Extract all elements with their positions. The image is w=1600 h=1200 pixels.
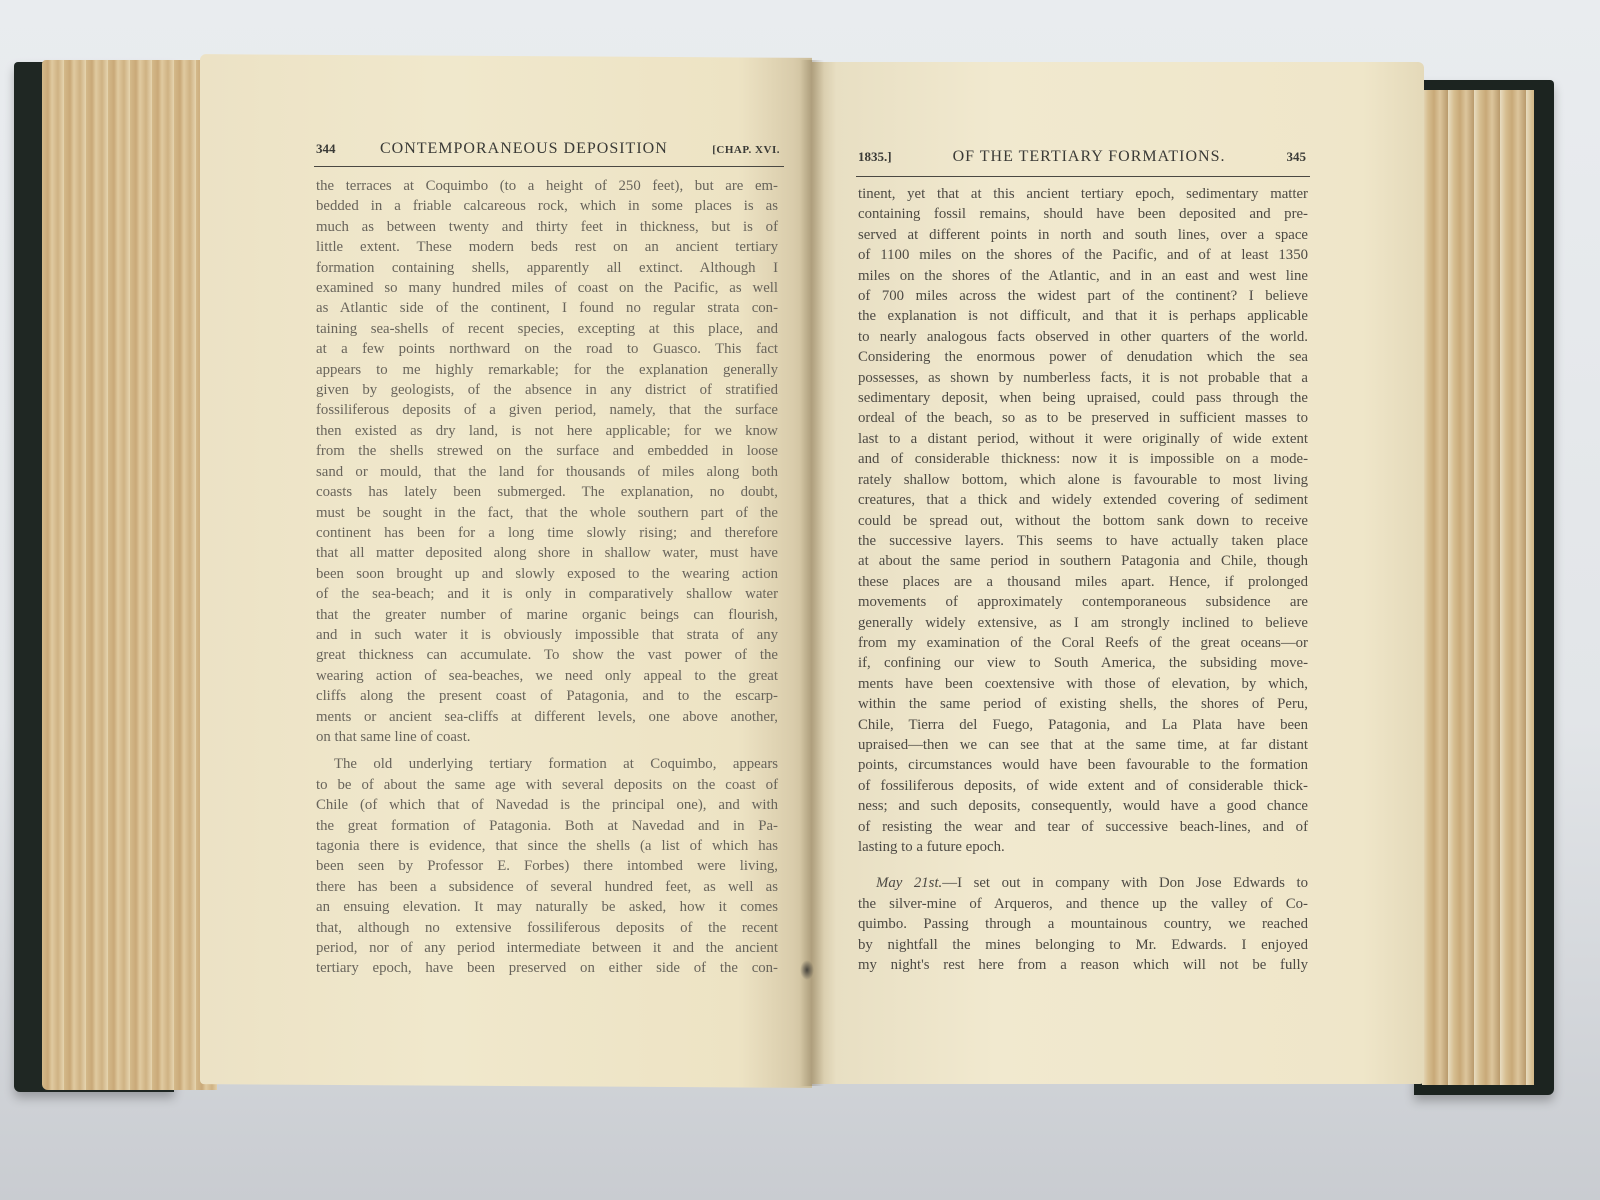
running-title-right: OF THE TERTIARY FORMATIONS.	[953, 148, 1226, 166]
text-line: tertiary epoch, have been preserved on e…	[316, 958, 778, 978]
text-line: little extent. These modern beds rest on…	[316, 237, 778, 257]
text-line: of the sea-beach; and it is only in comp…	[316, 584, 778, 604]
text-line: Chile, Tierra del Fuego, Patagonia, and …	[858, 715, 1308, 735]
text-line: points, circumstances would have been fa…	[858, 755, 1308, 775]
text-line: of resisting the wear and tear of succes…	[858, 817, 1308, 837]
text-line: great thickness can accumulate. To show …	[316, 645, 778, 665]
text-line: Chile (of which that of Navedad is the p…	[316, 795, 778, 815]
text-line: period, nor of any period intermediate b…	[316, 938, 778, 958]
text-line: from the shells strewed on the surface a…	[316, 441, 778, 461]
text-line: my night's rest here from a reason which…	[858, 955, 1308, 975]
text-line: bedded in a friable calcareous rock, whi…	[316, 196, 778, 216]
text-line: given by geologists, of the absence in a…	[316, 380, 778, 400]
text-line: the great formation of Patagonia. Both a…	[316, 816, 778, 836]
text-line: that, although no extensive fossiliferou…	[316, 918, 778, 938]
text-line: that all matter deposited along shore in…	[316, 543, 778, 563]
text-line: and in such water it is obviously imposs…	[316, 625, 778, 645]
text-line: last to a distant period, without it wer…	[858, 429, 1308, 449]
text-line: then existed as dry land, is not here ap…	[316, 421, 778, 441]
text-line: the successive layers. This seems to hav…	[858, 531, 1308, 551]
text-line: served at different points in north and …	[858, 225, 1308, 245]
text-line: possesses, as shown by numberless facts,…	[858, 368, 1308, 388]
text-line: the terraces at Coquimbo (to a height of…	[316, 176, 778, 196]
text-line: miles on the shores of the Atlantic, and…	[858, 266, 1308, 286]
text-line: by nightfall the mines belonging to Mr. …	[858, 935, 1308, 955]
text-line: that the greater number of marine organi…	[316, 605, 778, 625]
text-line: sand or mould, that the land for thousan…	[316, 462, 778, 482]
text-line: wearing action of sea-beaches, we need o…	[316, 666, 778, 686]
chapter-label: [CHAP. XVI.	[712, 144, 780, 156]
text-line: rately shallow bottom, which alone is fa…	[858, 470, 1308, 490]
text-line: tinent, yet that at this ancient tertiar…	[858, 184, 1308, 204]
text-line: containing fossil remains, should have b…	[858, 204, 1308, 224]
text-line: ments have been coextensive with those o…	[858, 674, 1308, 694]
text-line: the silver-mine of Arqueros, and thence …	[858, 894, 1308, 914]
text-line: movements of approximately contemporaneo…	[858, 592, 1308, 612]
header-rule-right	[856, 176, 1310, 177]
text-line: appears to me highly remarkable; for the…	[316, 360, 778, 380]
text-line: an ensuing elevation. It may naturally b…	[316, 897, 778, 917]
text-line: upraised—then we can see that at the sam…	[858, 735, 1308, 755]
text-line: if, confining our view to South America,…	[858, 653, 1308, 673]
text-line: of 700 miles across the widest part of t…	[858, 286, 1308, 306]
text-line: been seen by Professor E. Forbes) there …	[316, 856, 778, 876]
book-gutter	[800, 60, 824, 1086]
page-edges-right	[1422, 90, 1534, 1085]
running-title-left: CONTEMPORANEOUS DEPOSITION	[380, 140, 668, 158]
text-line: within the same period of existing shell…	[858, 694, 1308, 714]
text-line: creatures, that a thick and widely exten…	[858, 490, 1308, 510]
text-line: cliffs along the present coast of Patago…	[316, 686, 778, 706]
left-page-text: the terraces at Coquimbo (to a height of…	[316, 176, 778, 979]
diary-entry-line: May 21st.—I set out in company with Don …	[858, 873, 1308, 893]
text-line: coasts has lately been submerged. The ex…	[316, 482, 778, 502]
page-edges-left	[42, 60, 217, 1090]
text-line: of 1100 miles on the shores of the Pacif…	[858, 245, 1308, 265]
diary-text: —I set out in company with Don Jose Edwa…	[942, 875, 1308, 891]
text-line: fossiliferous deposits of a given period…	[316, 400, 778, 420]
text-line: been soon brought up and slowly exposed …	[316, 564, 778, 584]
ink-spot	[800, 960, 814, 980]
left-page-header: 344 CONTEMPORANEOUS DEPOSITION [CHAP. XV…	[316, 140, 780, 158]
text-line: on that same line of coast.	[316, 727, 778, 747]
text-line: ness; and such deposits, consequently, w…	[858, 796, 1308, 816]
right-page-text: tinent, yet that at this ancient tertiar…	[858, 184, 1308, 975]
text-line: at a few points northward on the road to…	[316, 339, 778, 359]
header-rule-left	[314, 166, 784, 167]
text-line: as Atlantic side of the continent, I fou…	[316, 298, 778, 318]
text-line: formation containing shells, apparently …	[316, 258, 778, 278]
text-line: from my examination of the Coral Reefs o…	[858, 633, 1308, 653]
text-line: to be of about the same age with several…	[316, 775, 778, 795]
text-line: tagonia there is evidence, that since th…	[316, 836, 778, 856]
text-line: ments or ancient sea-cliffs at different…	[316, 707, 778, 727]
text-line: examined so many hundred miles of coast …	[316, 278, 778, 298]
page-number-right: 345	[1286, 149, 1306, 165]
text-line: the explanation is not difficult, and th…	[858, 306, 1308, 326]
text-line: these places are a thousand miles apart.…	[858, 572, 1308, 592]
text-line: and of considerable thickness: now it is…	[858, 449, 1308, 469]
text-line: ordeal of the beach, so as to be preserv…	[858, 408, 1308, 428]
text-line: The old underlying tertiary formation at…	[316, 754, 778, 774]
text-line: continent has been for a long time slowl…	[316, 523, 778, 543]
text-line: generally widely extensive, as I am stro…	[858, 613, 1308, 633]
text-line: Considering the enormous power of denuda…	[858, 347, 1308, 367]
text-line: much as between twenty and thirty feet i…	[316, 217, 778, 237]
diary-date: May 21st.	[876, 875, 942, 891]
text-line: quimbo. Passing through a mountainous co…	[858, 914, 1308, 934]
text-line: at about the same period in southern Pat…	[858, 551, 1308, 571]
text-line: lasting to a future epoch.	[858, 837, 1308, 857]
text-line: must be sought in the fact, that the who…	[316, 503, 778, 523]
text-line: to nearly analogous facts observed in ot…	[858, 327, 1308, 347]
text-line: could be spread out, without the bottom …	[858, 511, 1308, 531]
right-page-header: 1835.] OF THE TERTIARY FORMATIONS. 345	[858, 148, 1306, 166]
text-line: of fossiliferous deposits, of wide exten…	[858, 776, 1308, 796]
page-number-left: 344	[316, 141, 336, 157]
text-line: there has been a subsidence of several h…	[316, 877, 778, 897]
text-line: taining sea-shells of recent species, ex…	[316, 319, 778, 339]
year-label: 1835.]	[858, 149, 892, 165]
text-line: sedimentary deposit, when being upraised…	[858, 388, 1308, 408]
